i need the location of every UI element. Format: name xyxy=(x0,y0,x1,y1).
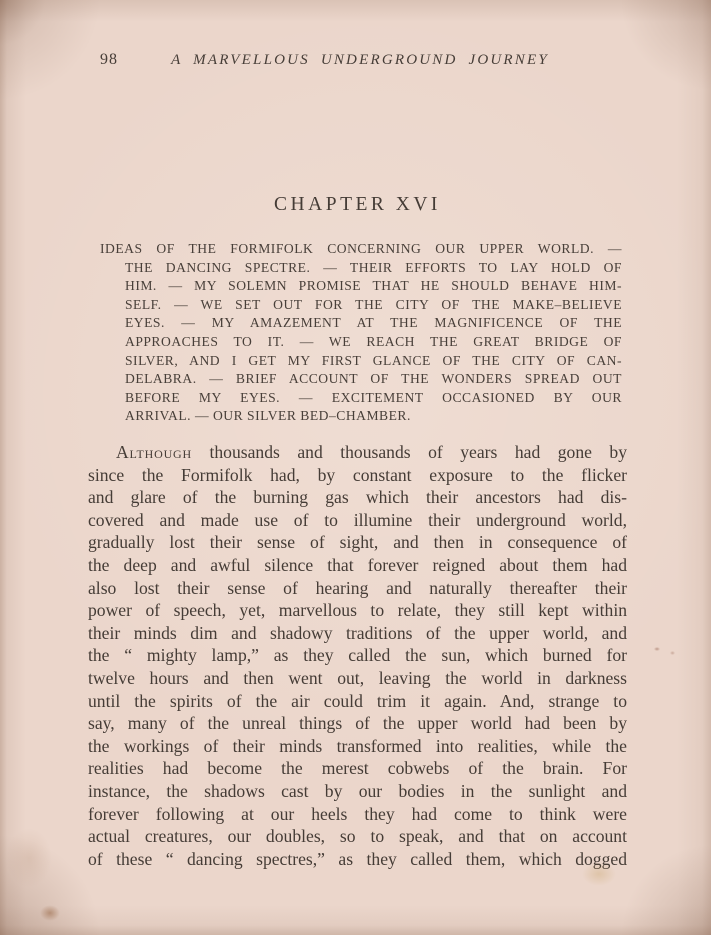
page-number: 98 xyxy=(100,49,118,71)
body-line: until the spirits of the air could trim … xyxy=(88,690,627,713)
paper-stain-spot xyxy=(40,905,60,921)
body-paragraph: Although thousands and thousands of year… xyxy=(88,441,627,870)
body-line: and glare of the burning gas which their… xyxy=(88,486,627,509)
body-line: also lost their sense of hearing and nat… xyxy=(88,577,627,600)
body-line: the deep and awful silence that forever … xyxy=(88,554,627,577)
book-page: 98 A MARVELLOUS UNDERGROUND JOURNEY CHAP… xyxy=(0,0,711,935)
summary-line: EYES. — MY AMAZEMENT AT THE MAGNIFICENCE… xyxy=(125,314,622,333)
summary-line: BEFORE MY EYES. — EXCITEMENT OCCASIONED … xyxy=(125,389,622,408)
summary-line: DELABRA. — BRIEF ACCOUNT OF THE WONDERS … xyxy=(125,370,622,389)
body-line: realities had become the merest cobwebs … xyxy=(88,757,627,780)
summary-line: APPROACHES TO IT. — WE REACH THE GREAT B… xyxy=(125,333,622,352)
body-line: gradually lost their sense of sight, and… xyxy=(88,531,627,554)
summary-line: ARRIVAL. — OUR SILVER BED–CHAMBER. xyxy=(125,407,622,426)
body-line: the “ mighty lamp,” as they called the s… xyxy=(88,644,627,667)
paper-speck xyxy=(654,647,660,651)
page-header: 98 A MARVELLOUS UNDERGROUND JOURNEY xyxy=(90,49,630,71)
summary-line: THE DANCING SPECTRE. — THEIR EFFORTS TO … xyxy=(125,259,622,278)
smallcaps-first-word: Although xyxy=(116,442,192,462)
body-line: covered and made use of to illumine thei… xyxy=(88,509,627,532)
summary-line: SELF. — WE SET OUT FOR THE CITY OF THE M… xyxy=(125,296,622,315)
body-line: forever following at our heels they had … xyxy=(88,803,627,826)
body-line: of these “ dancing spectres,” as they ca… xyxy=(88,848,627,871)
body-line: actual creatures, our doubles, so to spe… xyxy=(88,825,627,848)
body-line: twelve hours and then went out, leaving … xyxy=(88,667,627,690)
paper-speck xyxy=(670,651,675,655)
body-line: since the Formifolk had, by constant exp… xyxy=(88,464,627,487)
body-line: their minds dim and shadowy traditions o… xyxy=(88,622,627,645)
body-line: instance, the shadows cast by our bodies… xyxy=(88,780,627,803)
chapter-summary: IDEAS OF THE FORMIFOLK CONCERNING OUR UP… xyxy=(100,240,622,426)
body-line: power of speech, yet, marvellous to rela… xyxy=(88,599,627,622)
running-title: A MARVELLOUS UNDERGROUND JOURNEY xyxy=(90,49,630,71)
chapter-heading: CHAPTER XVI xyxy=(88,194,627,216)
body-line: Although thousands and thousands of year… xyxy=(88,441,627,464)
paper-smudge xyxy=(6,828,52,888)
summary-line: HIM. — MY SOLEMN PROMISE THAT HE SHOULD … xyxy=(125,277,622,296)
summary-line: SILVER, AND I GET MY FIRST GLANCE OF THE… xyxy=(125,352,622,371)
summary-line: IDEAS OF THE FORMIFOLK CONCERNING OUR UP… xyxy=(100,240,622,259)
body-line: the workings of their minds transformed … xyxy=(88,735,627,758)
body-line: say, many of the unreal things of the up… xyxy=(88,712,627,735)
